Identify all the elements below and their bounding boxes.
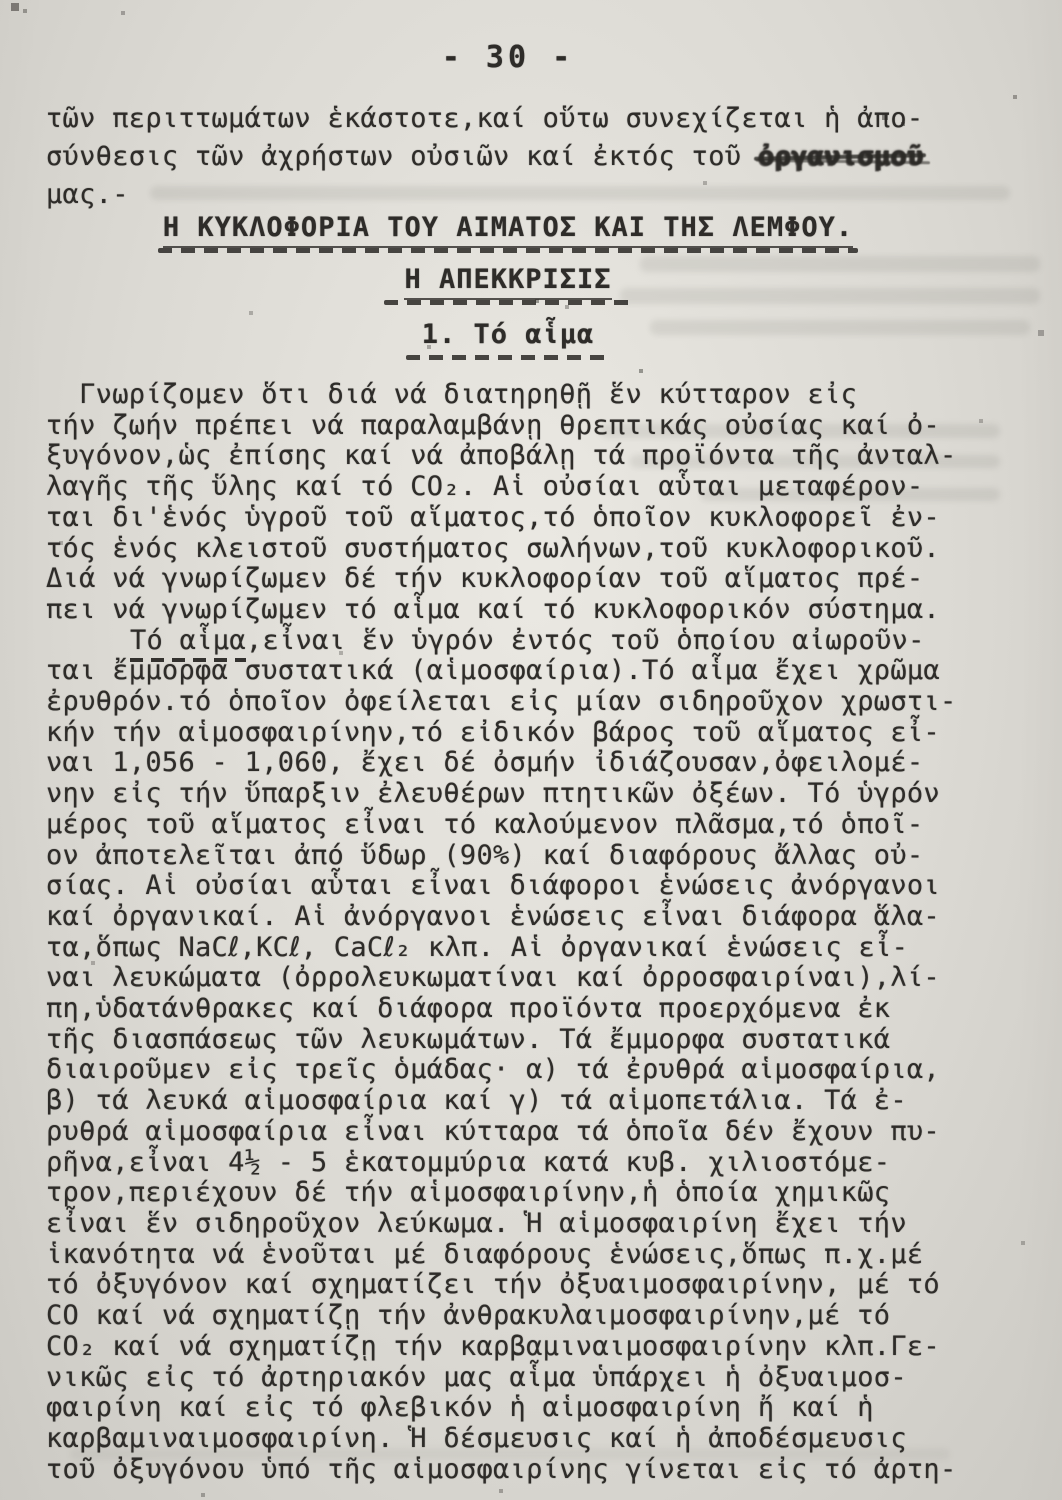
text-line: ναι λευκώματα (ὀρρολευκωματίναι καί ὀρρο… — [46, 963, 1048, 994]
body-line-rest: ,εἶναι ἕν ὑγρόν ἐντός τοῦ ὁποίου αἰωροῦν… — [246, 625, 925, 656]
text-line: νικῶς εἰς τό ἀρτηριακόν μας αἷμα ὑπάρχει… — [46, 1363, 1048, 1394]
scan-speck-noise — [0, 0, 2, 2]
text-line: τῶν περιττωμάτων ἑκάστοτε,καί οὕτω συνεχ… — [46, 100, 1048, 138]
text-line: ται ἔμμορφα συστατικά (αἱμοσφαίρια).Τό α… — [46, 656, 1048, 687]
text-line: πει νά γνωρίζωμεν τό αἷμα καί τό κυκλοφο… — [46, 595, 1048, 626]
text-line: τῆς διασπάσεως τῶν λευκωμάτων. Τά ἔμμορφ… — [46, 1025, 1048, 1056]
text-line: τα,ὅπως NaCℓ,KCℓ, CaCℓ₂ κλπ. Αἱ ὀργανικα… — [46, 933, 1048, 964]
dashed-underline — [158, 248, 858, 253]
intro-line-1: τῶν περιττωμάτων ἑκάστοτε,καί οὕτω συνεχ… — [46, 103, 923, 134]
text-line: ον ἀποτελεῖται ἀπό ὕδωρ (90%) καί διαφόρ… — [46, 841, 1048, 872]
text-line: ναι 1,056 - 1,060, ἔχει δέ ὀσμήν ἰδιάζου… — [46, 748, 1048, 779]
body-lines-second: ται ἔμμορφα συστατικά (αἱμοσφαίρια).Τό α… — [46, 656, 1048, 1485]
text-line: μας.- — [46, 176, 1048, 214]
text-line: κήν τήν αἱμοσφαιρίνην,τό εἰδικόν βάρος τ… — [46, 718, 1048, 749]
heading-text: Η ΚΥΚΛΟΦΟΡΙΑ ΤΟΥ ΑΙΜΑΤΟΣ ΚΑΙ ΤΗΣ ΛΕΜΦΟΥ. — [163, 212, 853, 248]
text-line: διαιροῦμεν εἰς τρεῖς ὁμάδας· α) τά ἐρυθρ… — [46, 1055, 1048, 1086]
text-line: σίας. Αἱ οὐσίαι αὗται εἶναι διάφοροι ἑνώ… — [46, 871, 1048, 902]
heading-text: 1. Τό αἷμα — [422, 319, 595, 350]
heading-excretion: Η ΑΠΕΚΚΡΙΣΙΣ — [0, 264, 1016, 305]
text-line: ται δι'ἑνός ὑγροῦ τοῦ αἵματος,τό ὁποῖον … — [46, 503, 1048, 534]
text-line: CO₂ καί νά σχηματίζῃ τήν καρβαμιναιμοσφα… — [46, 1332, 1048, 1363]
dashed-underline — [406, 355, 611, 360]
heading-blood-circulation: Η ΚΥΚΛΟΦΟΡΙΑ ΤΟΥ ΑΙΜΑΤΟΣ ΚΑΙ ΤΗΣ ΛΕΜΦΟΥ. — [0, 212, 1016, 253]
text-line: καί ὀργανικαί. Αἱ ἀνόργανοι ἑνώσεις εἶνα… — [46, 902, 1048, 933]
text-line: ἱκανότητα νά ἑνοῦται μέ διαφόρους ἑνώσει… — [46, 1240, 1048, 1271]
text-line: λαγῆς τῆς ὕλης καί τό CO₂. Αἱ οὐσίαι αὗτ… — [46, 472, 1048, 503]
page-number: - 30 - — [0, 40, 1016, 75]
intro-paragraph: τῶν περιττωμάτων ἑκάστοτε,καί οὕτω συνεχ… — [46, 100, 1048, 214]
text-line: ἐρυθρόν.τό ὁποῖον ὀφείλεται εἰς μίαν σιδ… — [46, 687, 1048, 718]
text-line: σύνθεσις τῶν ἀχρήστων οὐσιῶν καί ἐκτός τ… — [46, 138, 1048, 176]
text-line: τρον,περιέχουν δέ τήν αἱμοσφαιρίνην,ἡ ὁπ… — [46, 1178, 1048, 1209]
intro-line-2: σύνθεσις τῶν ἀχρήστων οὐσιῶν καί ἐκτός τ… — [46, 141, 758, 172]
text-line: μέρος τοῦ αἵματος εἶναι τό καλούμενον πλ… — [46, 810, 1048, 841]
text-line: Διά νά γνωρίζωμεν δέ τήν κυκλοφορίαν τοῦ… — [46, 564, 1048, 595]
text-line: πη,ὑδατάνθρακες καί διάφορα προϊόντα προ… — [46, 994, 1048, 1025]
scanned-document-page: - 30 - τῶν περιττωμάτων ἑκάστοτε,καί οὕτ… — [0, 0, 1062, 1500]
intro-line-3: μας.- — [46, 179, 129, 210]
text-line: Τό αἷμα,εἶναι ἕν ὑγρόν ἐντός τοῦ ὁποίου … — [46, 626, 1048, 657]
text-line: τοῦ ὀξυγόνου ὑπό τῆς αἱμοσφαιρίνης γίνετ… — [46, 1455, 1048, 1486]
text-line: β) τά λευκά αἱμοσφαίρια καί γ) τά αἱμοπε… — [46, 1086, 1048, 1117]
text-line: ρυθρά αἱμοσφαίρια εἶναι κύτταρα τά ὁποῖα… — [46, 1117, 1048, 1148]
text-line: ρῆνα,εἶναι 4½ - 5 ἑκατομμύρια κατά κυβ. … — [46, 1148, 1048, 1179]
text-line: καρβαμιναιμοσφαιρίνη. Ἡ δέσμευσις καί ἡ … — [46, 1424, 1048, 1455]
text-line: τό ὀξυγόνον καί σχηματίζει τήν ὀξυαιμοσφ… — [46, 1270, 1048, 1301]
text-line: τός ἑνός κλειστοῦ συστήματος σωλήνων,τοῦ… — [46, 534, 1048, 565]
body-lines-first: Γνωρίζομεν ὅτι διά νά διατηρηθῇ ἕν κύττα… — [46, 380, 1048, 626]
heading-text: Η ΑΠΕΚΚΡΙΣΙΣ — [404, 264, 611, 300]
text-line: νην εἰς τήν ὕπαρξιν ἐλευθέρων πτητικῶν ὀ… — [46, 779, 1048, 810]
body-text: Γνωρίζομεν ὅτι διά νά διατηρηθῇ ἕν κύττα… — [46, 380, 1048, 1485]
dashed-underline — [384, 300, 632, 305]
text-line: φαιρίνη καί εἰς τό φλεβικόν ἡ αἱμοσφαιρί… — [46, 1393, 1048, 1424]
text-line: ξυγόνον,ὡς ἐπίσης καί νά ἀποβάλῃ τά προϊ… — [46, 441, 1048, 472]
text-line: εἶναι ἕν σιδηροῦχον λεύκωμα. Ἡ αἱμοσφαιρ… — [46, 1209, 1048, 1240]
heading-the-blood: 1. Τό αἷμα — [0, 319, 1016, 360]
text-line: Γνωρίζομεν ὅτι διά νά διατηρηθῇ ἕν κύττα… — [46, 380, 1048, 411]
struck-out-word: ὀργανισμοῦ — [758, 141, 924, 172]
text-line: CO καί νά σχηματίζῃ τήν ἀνθρακυλαιμοσφαι… — [46, 1301, 1048, 1332]
text-line: τήν ζωήν πρέπει νά παραλαμβάνῃ θρεπτικάς… — [46, 411, 1048, 442]
